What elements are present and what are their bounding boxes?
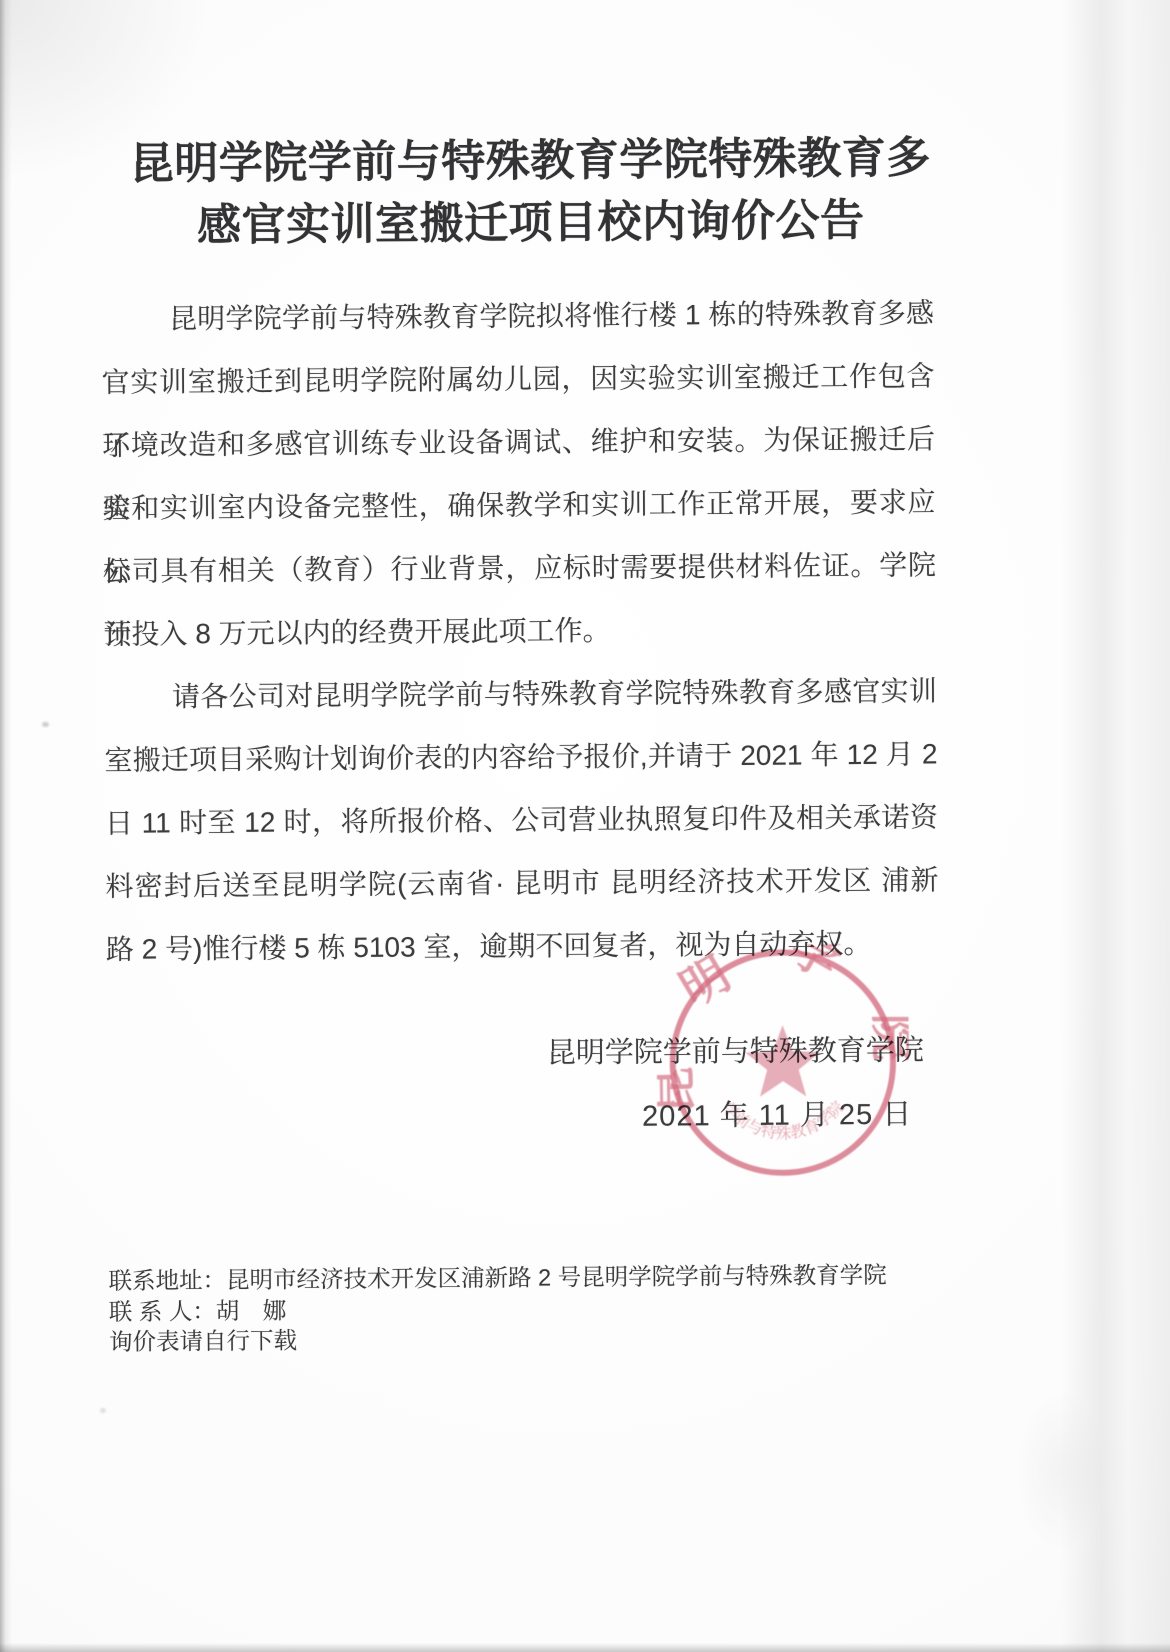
- body-line: 路 2 号)惟行楼 5 栋 5103 室，逾期不回复者，视为自动弃权。: [106, 911, 939, 981]
- signature-line: 昆明学院学前与特殊教育学院: [107, 1033, 940, 1074]
- body-line: 室搬迁项目采购计划询价表的内容给予报价,并请于 2021 年 12 月 2: [104, 722, 937, 792]
- contact-address-value: 昆明市经济技术开发区浦新路 2 号昆明学院学前与特殊教育学院: [226, 1262, 887, 1293]
- body-line: 日 11 时至 12 时，将所报价格、公司营业执照复印件及相关承诺资: [105, 785, 938, 855]
- contact-person-label: 联 系 人：: [109, 1298, 216, 1325]
- announcement-body: 昆明学院学前与特殊教育学院拟将惟行楼 1 栋的特殊教育多感官实训室搬迁到昆明学院…: [101, 281, 939, 981]
- title-line-2: 感官实训室搬迁项目校内询价公告: [114, 189, 947, 258]
- body-line: 昆明学院学前与特殊教育学院拟将惟行楼 1 栋的特殊教育多感: [101, 281, 934, 351]
- date-line: 2021 年 11 月 25 日: [107, 1097, 940, 1138]
- body-line: 官实训室搬迁到昆明学院附属幼儿园，因实验实训室搬迁工作包含了: [101, 344, 934, 414]
- contact-person-value: 胡 娜: [216, 1297, 287, 1324]
- paper-speck: [100, 1408, 106, 1413]
- body-line: 请各公司对昆明学院学前与特殊教育学院特殊教育多感官实训: [104, 659, 937, 729]
- body-line: 验和实训室内设备完整性，确保教学和实训工作正常开展，要求应标: [102, 470, 935, 540]
- contact-address-label: 联系地址：: [108, 1267, 226, 1294]
- body-line: 料密封后送至昆明学院(云南省· 昆明市 昆明经济技术开发区 浦新: [105, 848, 938, 918]
- announcement-title: 昆明学院学前与特殊教育学院特殊教育多 感官实训室搬迁项目校内询价公告: [114, 127, 948, 258]
- page-content: 昆明学院学前与特殊教育学院特殊教育多 感官实训室搬迁项目校内询价公告 昆明学院学…: [0, 0, 1170, 1652]
- contact-block: 联系地址：昆明市经济技术开发区浦新路 2 号昆明学院学前与特殊教育学院 联 系 …: [108, 1259, 1009, 1358]
- body-line: 计投入 8 万元以内的经费开展此项工作。: [103, 596, 936, 666]
- title-line-1: 昆明学院学前与特殊教育学院特殊教育多: [114, 127, 947, 196]
- body-line: 环境改造和多感官训练专业设备调试、维护和安装。为保证搬迁后实: [102, 407, 935, 477]
- download-note-line: 询价表请自行下载: [109, 1320, 1009, 1358]
- paper-speck: [42, 722, 49, 727]
- scanned-document-page: 昆明学院学前与特殊教育学院特殊教育多 感官实训室搬迁项目校内询价公告 昆明学院学…: [0, 0, 1170, 1652]
- body-line: 公司具有相关（教育）行业背景，应标时需要提供材料佐证。学院预: [103, 533, 936, 603]
